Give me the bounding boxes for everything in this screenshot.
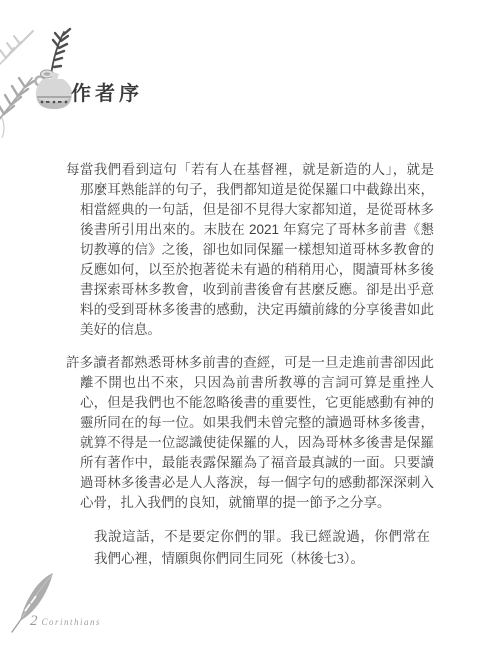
book-name: Corinthians bbox=[42, 617, 102, 627]
paragraph: 許多讀者都熟悉哥林多前書的查經，可是一旦走進前書卻因此離不開也出不來，只因為前書… bbox=[66, 353, 434, 513]
volume-number: 2 bbox=[30, 613, 38, 629]
page-footer: 2Corinthians bbox=[8, 570, 148, 640]
page-title: 作者序 bbox=[71, 82, 143, 106]
preface-content: 每當我們看到這句「若有人在基督裡，就是新造的人」，就是那麼耳熟能詳的句子，我們都… bbox=[66, 160, 434, 570]
book-page: 作者序 每當我們看到這句「若有人在基督裡，就是新造的人」，就是那麼耳熟能詳的句子… bbox=[0, 0, 500, 650]
vase-icon bbox=[33, 27, 75, 113]
scripture-quote: 我說這話，不是要定你們的罪。我已經說過，你們常在我們心裡，情願與你們同生同死（林… bbox=[94, 526, 430, 570]
footer-book-label: 2Corinthians bbox=[30, 612, 101, 630]
paragraph: 每當我們看到這句「若有人在基督裡，就是新造的人」，就是那麼耳熟能詳的句子，我們都… bbox=[66, 160, 434, 340]
